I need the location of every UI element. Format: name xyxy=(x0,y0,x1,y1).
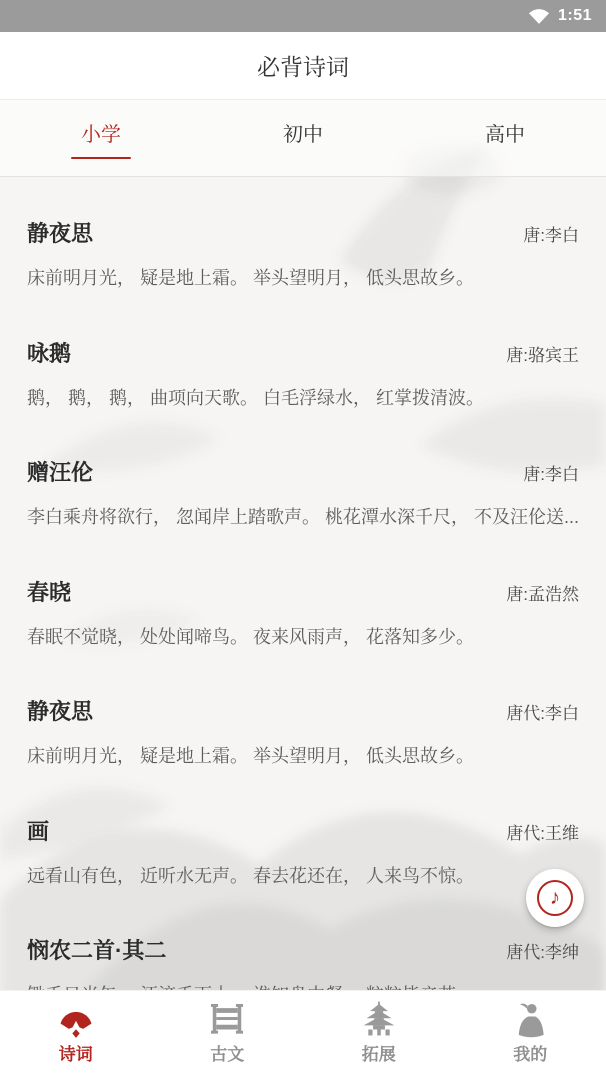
poem-title: 咏鹅 xyxy=(27,339,71,369)
poem-list-item[interactable]: 悯农二首·其二 唐代:李绅 锄禾日当午， 汗滴禾下土。 谁知盘中餐， 粒粒皆辛苦… xyxy=(27,898,579,990)
poem-title: 静夜思 xyxy=(27,219,93,249)
poem-excerpt: 春眠不觉晓， 处处闻啼鸟。 夜来风雨声， 花落知多少。 xyxy=(27,624,579,650)
poem-head: 悯农二首·其二 唐代:李绅 xyxy=(27,936,579,968)
poem-excerpt: 床前明月光， 疑是地上霜。 举头望明月， 低头思故乡。 xyxy=(27,743,579,769)
active-tab-underline xyxy=(71,157,131,159)
nav-item-expansion[interactable]: 拓展 xyxy=(303,991,455,1080)
wifi-icon xyxy=(528,8,550,25)
grade-tabs: 小学 初中 高中 xyxy=(0,100,606,177)
fan-icon xyxy=(53,1001,99,1039)
nav-label: 诗词 xyxy=(59,1045,93,1065)
poem-list[interactable]: 静夜思 唐:李白 床前明月光， 疑是地上霜。 举头望明月， 低头思故乡。 咏鹅 … xyxy=(0,177,606,990)
poem-list-item[interactable]: 赠汪伦 唐:李白 李白乘舟将欲行， 忽闻岸上踏歌声。 桃花潭水深千尺， 不及汪伦… xyxy=(27,420,579,540)
poem-title: 画 xyxy=(27,817,49,847)
poem-list-item[interactable]: 静夜思 唐代:李白 床前明月光， 疑是地上霜。 举头望明月， 低头思故乡。 xyxy=(27,659,579,779)
poem-head: 画 唐代:王维 xyxy=(27,817,579,849)
tab-label: 小学 xyxy=(81,122,121,148)
nav-item-classical-texts[interactable]: 古文 xyxy=(152,991,304,1080)
poem-author: 唐:骆宾王 xyxy=(506,341,579,371)
nav-item-mine[interactable]: 我的 xyxy=(455,991,606,1080)
scroll-frame-icon xyxy=(204,1001,250,1039)
poem-excerpt: 远看山有色， 近听水无声。 春去花还在， 人来鸟不惊。 xyxy=(27,863,579,889)
pagoda-icon xyxy=(356,1001,402,1039)
poem-title: 赠汪伦 xyxy=(27,458,93,488)
poem-list-item[interactable]: 咏鹅 唐:骆宾王 鹅， 鹅， 鹅， 曲项向天歌。 白毛浮绿水， 红掌拨清波。 xyxy=(27,301,579,421)
music-note-icon: ♪ xyxy=(537,880,573,916)
poem-excerpt: 李白乘舟将欲行， 忽闻岸上踏歌声。 桃花潭水深千尺， 不及汪伦送... xyxy=(27,504,579,530)
tab-high-school[interactable]: 高中 xyxy=(404,100,606,176)
poem-head: 春晓 唐:孟浩然 xyxy=(27,578,579,610)
app-header: 必背诗词 xyxy=(0,32,606,100)
poem-excerpt: 鹅， 鹅， 鹅， 曲项向天歌。 白毛浮绿水， 红掌拨清波。 xyxy=(27,385,579,411)
app-screen: 1:51 必背诗词 小学 初中 高中 静夜思 唐:李白 床前明月光， 疑是地上霜… xyxy=(0,0,606,1080)
poem-head: 静夜思 唐代:李白 xyxy=(27,697,579,729)
poem-author: 唐:孟浩然 xyxy=(506,580,579,610)
poem-author: 唐:李白 xyxy=(523,460,579,490)
page-title: 必背诗词 xyxy=(257,49,349,82)
tab-middle-school[interactable]: 初中 xyxy=(202,100,404,176)
nav-label: 古文 xyxy=(210,1045,244,1065)
tab-label: 高中 xyxy=(485,122,525,148)
poem-author: 唐代:王维 xyxy=(506,819,579,849)
poem-list-item[interactable]: 画 唐代:王维 远看山有色， 近听水无声。 春去花还在， 人来鸟不惊。 xyxy=(27,779,579,899)
tab-underline xyxy=(475,157,535,159)
poem-author: 唐代:李白 xyxy=(506,699,579,729)
status-time: 1:51 xyxy=(558,7,592,25)
nav-label: 拓展 xyxy=(362,1045,396,1065)
poem-title: 静夜思 xyxy=(27,697,93,727)
person-icon xyxy=(507,1001,553,1039)
bottom-nav: 诗词 古文 xyxy=(0,990,606,1080)
poem-author: 唐代:李绅 xyxy=(506,938,579,968)
poem-excerpt: 锄禾日当午， 汗滴禾下土。 谁知盘中餐， 粒粒皆辛苦。 xyxy=(27,982,579,990)
poem-title: 悯农二首·其二 xyxy=(27,936,166,966)
audio-fab-button[interactable]: ♪ xyxy=(526,869,584,927)
tab-primary-school[interactable]: 小学 xyxy=(0,100,202,176)
poem-list-item[interactable]: 春晓 唐:孟浩然 春眠不觉晓， 处处闻啼鸟。 夜来风雨声， 花落知多少。 xyxy=(27,540,579,660)
poem-head: 赠汪伦 唐:李白 xyxy=(27,458,579,490)
poem-head: 咏鹅 唐:骆宾王 xyxy=(27,339,579,371)
tab-underline xyxy=(273,157,333,159)
nav-label: 我的 xyxy=(513,1045,547,1065)
nav-item-poems[interactable]: 诗词 xyxy=(0,991,152,1080)
tab-label: 初中 xyxy=(283,122,323,148)
poem-list-item[interactable]: 静夜思 唐:李白 床前明月光， 疑是地上霜。 举头望明月， 低头思故乡。 xyxy=(27,181,579,301)
status-bar: 1:51 xyxy=(0,0,606,32)
poem-title: 春晓 xyxy=(27,578,71,608)
poem-author: 唐:李白 xyxy=(523,221,579,251)
poem-excerpt: 床前明月光， 疑是地上霜。 举头望明月， 低头思故乡。 xyxy=(27,265,579,291)
poem-head: 静夜思 唐:李白 xyxy=(27,219,579,251)
